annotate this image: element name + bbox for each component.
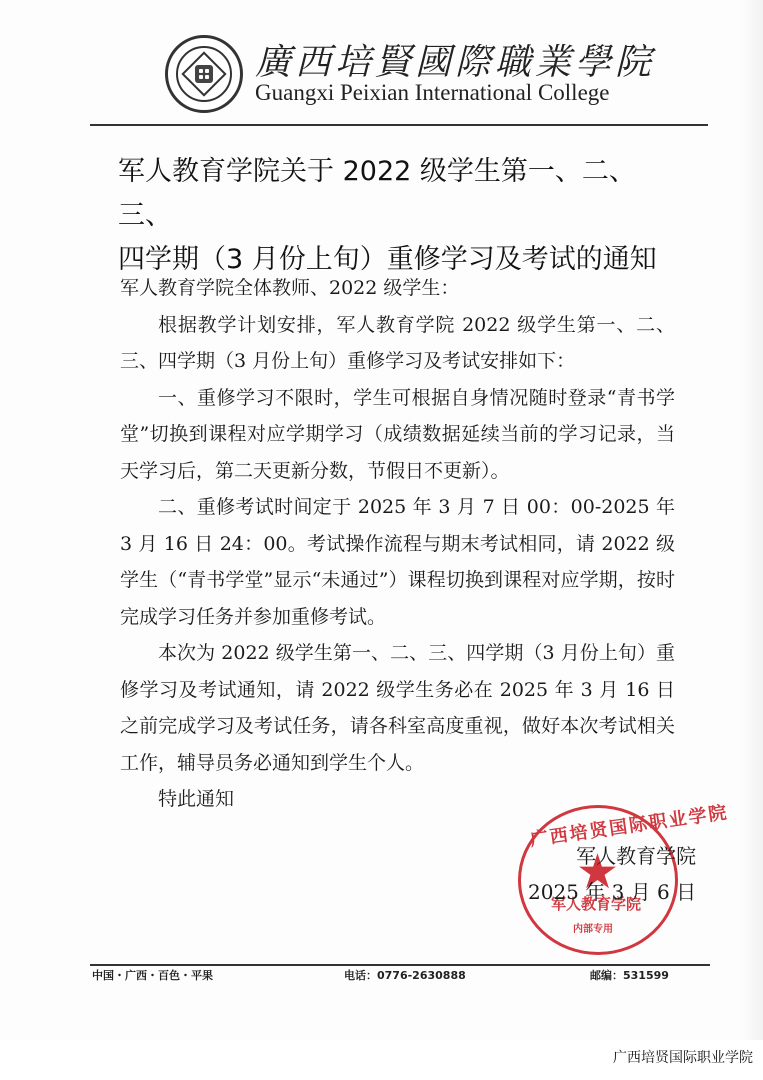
- title-line-1: 军人教育学院关于 2022 级学生第一、二、三、: [118, 150, 678, 238]
- notice-title: 军人教育学院关于 2022 级学生第一、二、三、 四学期（3 月份上旬）重修学习…: [118, 150, 678, 282]
- paragraph-intro: 根据教学计划安排，军人教育学院 2022 级学生第一、二、三、四学期（3 月份上…: [120, 307, 675, 380]
- footer-postcode: 邮编：531599: [590, 967, 669, 983]
- seal-bottom-text: 内部专用: [573, 920, 613, 935]
- footer-address: 中国・广西・百色・平果: [92, 967, 213, 983]
- notice-body: 军人教育学院全体教师、2022 级学生： 根据教学计划安排，军人教育学院 202…: [120, 270, 675, 818]
- college-name-cn: 廣西培賢國際職業學院: [255, 34, 655, 85]
- signature-block: 军人教育学院 2025 年 3 月 6 日: [528, 838, 696, 910]
- document-page: 廣西培賢國際職業學院 Guangxi Peixian International…: [0, 0, 763, 1040]
- college-name-en: Guangxi Peixian International College: [255, 80, 610, 106]
- footer-phone: 电话：0776-2630888: [344, 967, 466, 983]
- paragraph-exam: 二、重修考试时间定于 2025 年 3 月 7 日 00：00-2025 年 3…: [120, 489, 675, 635]
- page-edge-shadow: [740, 0, 763, 1040]
- signature-date: 2025 年 3 月 6 日: [528, 874, 696, 910]
- letterhead: 廣西培賢國際職業學院 Guangxi Peixian International…: [165, 30, 625, 110]
- footer-divider: [90, 964, 710, 966]
- signature-org: 军人教育学院: [528, 838, 696, 874]
- header-divider: [90, 124, 708, 126]
- paragraph-study: 一、重修学习不限时，学生可根据自身情况随时登录“青书学堂”切换到课程对应学期学习…: [120, 380, 675, 490]
- source-watermark: 广西培贤国际职业学院: [613, 1047, 753, 1067]
- paragraph-summary: 本次为 2022 级学生第一、二、三、四学期（3 月份上旬）重修学习及考试通知，…: [120, 635, 675, 781]
- salutation: 军人教育学院全体教师、2022 级学生：: [120, 270, 675, 307]
- college-emblem-icon: [165, 35, 243, 113]
